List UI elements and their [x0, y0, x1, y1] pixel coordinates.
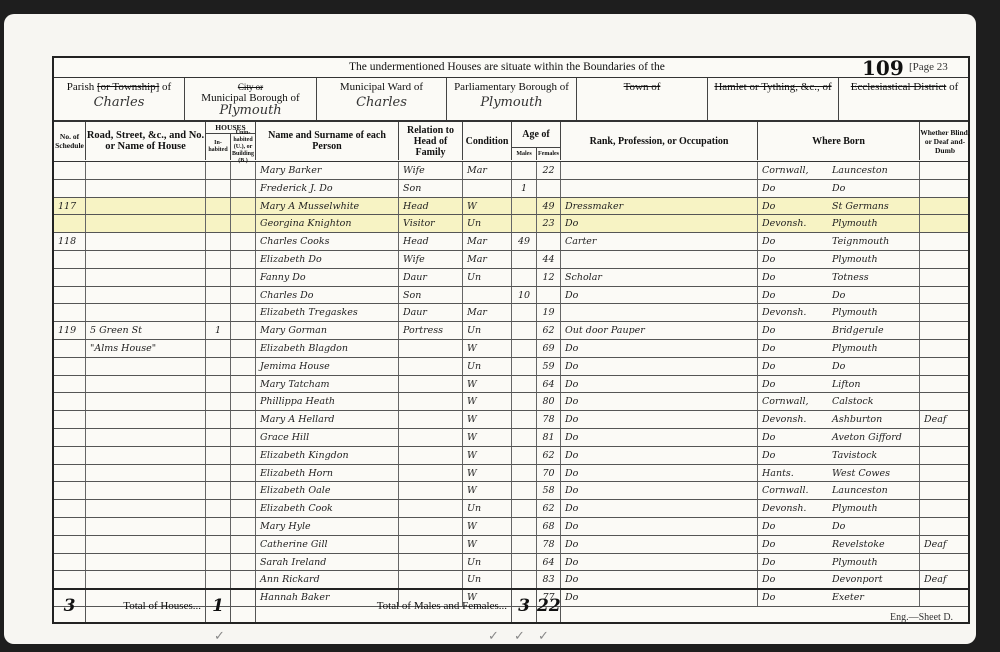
cell-occupation: Do	[561, 571, 758, 588]
cell-born-county: Do	[758, 447, 828, 464]
cell-born-place: Teignmouth	[828, 233, 920, 250]
col-age: Age of	[512, 122, 561, 148]
cell-relation	[399, 340, 463, 357]
cell-occupation: Do	[561, 482, 758, 499]
boundary-label-struck: [or Township]	[97, 81, 159, 93]
cell-born-county: Cornwall,	[758, 162, 828, 179]
cell-street	[86, 162, 206, 179]
cell-age-male	[512, 251, 537, 268]
cell-uninhabited	[231, 198, 256, 215]
cell-born-county: Do	[758, 429, 828, 446]
cell-occupation: Do	[561, 429, 758, 446]
cell-schedule	[54, 251, 86, 268]
cell-uninhabited	[231, 162, 256, 179]
boundary-hamlet: Hamlet or Tything, &c., of	[708, 78, 839, 120]
cell-occupation: Do	[561, 536, 758, 553]
cell-condition: Mar	[463, 233, 512, 250]
cell-born-county: Do	[758, 198, 828, 215]
cell-disability	[920, 554, 970, 571]
cell-schedule	[54, 536, 86, 553]
cell-disability	[920, 500, 970, 517]
cell-condition: W	[463, 393, 512, 410]
cell-occupation: Carter	[561, 233, 758, 250]
cell-name: Jemima House	[256, 358, 399, 375]
cell-uninhabited	[231, 287, 256, 304]
cell-street	[86, 518, 206, 535]
cell-age-male	[512, 536, 537, 553]
total-houses-label: Total of Houses...	[86, 590, 206, 622]
col-age-females: Females	[537, 148, 561, 160]
cell-street	[86, 482, 206, 499]
cell-relation	[399, 447, 463, 464]
cell-inhabited	[206, 180, 231, 197]
total-females: 22	[537, 590, 561, 622]
cell-age-female: 62	[537, 322, 561, 339]
cell-uninhabited	[231, 269, 256, 286]
cell-disability	[920, 251, 970, 268]
cell-born-place: Bridgerule	[828, 322, 920, 339]
cell-inhabited	[206, 429, 231, 446]
cell-born-county: Do	[758, 536, 828, 553]
cell-condition	[463, 287, 512, 304]
cell-inhabited	[206, 482, 231, 499]
cell-street	[86, 215, 206, 232]
cell-occupation: Do	[561, 358, 758, 375]
cell-relation	[399, 429, 463, 446]
cell-age-male	[512, 500, 537, 517]
cell-condition: Un	[463, 500, 512, 517]
cell-born-county: Cornwall,	[758, 393, 828, 410]
table-row: Ann RickardUn83DoDoDevonportDeaf	[54, 571, 968, 589]
cell-age-male	[512, 340, 537, 357]
cell-name: Elizabeth Oale	[256, 482, 399, 499]
cell-disability	[920, 482, 970, 499]
cell-disability	[920, 393, 970, 410]
cell-born-place: St Germans	[828, 198, 920, 215]
table-row: Elizabeth DoWifeMar44DoPlymouth	[54, 251, 968, 269]
page-number: [Page 23	[909, 61, 948, 73]
boundary-town: Town of	[577, 78, 708, 120]
cell-born-place: Ashburton	[828, 411, 920, 428]
cell-occupation: Do	[561, 518, 758, 535]
cell-age-female	[537, 233, 561, 250]
cell-name: Sarah Ireland	[256, 554, 399, 571]
cell-relation	[399, 482, 463, 499]
cell-uninhabited	[231, 571, 256, 588]
cell-age-female: 64	[537, 554, 561, 571]
cell-born-place: Do	[828, 287, 920, 304]
cell-schedule	[54, 162, 86, 179]
cell-born-county: Do	[758, 340, 828, 357]
cell-born-county: Devonsh.	[758, 411, 828, 428]
check-mark: ✓	[514, 628, 525, 644]
cell-uninhabited	[231, 233, 256, 250]
boundary-parish: Parish [or Township] of Charles	[54, 78, 185, 120]
cell-relation	[399, 500, 463, 517]
col-name: Name and Surname of each Person	[256, 122, 399, 160]
cell-age-male	[512, 376, 537, 393]
cell-condition: Un	[463, 571, 512, 588]
cell-born-place: Plymouth	[828, 304, 920, 321]
cell-inhabited	[206, 465, 231, 482]
cell-schedule: 117	[54, 198, 86, 215]
cell-age-female: 68	[537, 518, 561, 535]
cell-uninhabited	[231, 518, 256, 535]
col-where-born: Where Born	[758, 122, 920, 160]
cell-relation: Visitor	[399, 215, 463, 232]
table-row: Grace HillW81DoDoAveton Gifford	[54, 429, 968, 447]
cell-disability	[920, 215, 970, 232]
cell-disability	[920, 162, 970, 179]
cell-born-place: Devonport	[828, 571, 920, 588]
totals-row: 3 Total of Houses... 1 Total of Males an…	[54, 588, 968, 622]
cell-age-male	[512, 554, 537, 571]
check-mark: ✓	[538, 628, 549, 644]
col-schedule: No. of Schedule	[54, 122, 86, 160]
col-disability: Whether Blind, or Deaf and-Dumb	[920, 122, 970, 160]
cell-uninhabited	[231, 536, 256, 553]
cell-disability	[920, 304, 970, 321]
cell-street	[86, 251, 206, 268]
cell-age-male	[512, 518, 537, 535]
cell-name: Mary A Hellard	[256, 411, 399, 428]
cell-name: Mary A Musselwhite	[256, 198, 399, 215]
cell-schedule	[54, 571, 86, 588]
cell-condition: W	[463, 447, 512, 464]
col-uninhabited: Unin-habited (U.), or Building (B.)	[231, 134, 256, 160]
cell-disability	[920, 287, 970, 304]
table-row: Charles DoSon10DoDoDo	[54, 287, 968, 305]
cell-uninhabited	[231, 215, 256, 232]
cell-relation	[399, 465, 463, 482]
cell-condition: W	[463, 340, 512, 357]
total-uninhabited	[231, 590, 256, 622]
cell-age-female: 83	[537, 571, 561, 588]
col-occupation: Rank, Profession, or Occupation	[561, 122, 758, 160]
cell-occupation: Scholar	[561, 269, 758, 286]
cell-disability	[920, 322, 970, 339]
cell-age-female: 22	[537, 162, 561, 179]
cell-age-male	[512, 447, 537, 464]
cell-relation	[399, 554, 463, 571]
cell-age-male: 10	[512, 287, 537, 304]
cell-inhabited	[206, 304, 231, 321]
cell-street	[86, 411, 206, 428]
table-row: Catherine GillW78DoDoRevelstokeDeaf	[54, 536, 968, 554]
cell-born-county: Do	[758, 322, 828, 339]
cell-name: Charles Do	[256, 287, 399, 304]
cell-condition: Un	[463, 322, 512, 339]
cell-street: "Alms House"	[86, 340, 206, 357]
cell-age-male	[512, 198, 537, 215]
column-header-row: No. of Schedule Road, Street, &c., and N…	[54, 122, 968, 162]
cell-relation	[399, 518, 463, 535]
table-row: Mary A HellardW78DoDevonsh.AshburtonDeaf	[54, 411, 968, 429]
cell-street	[86, 465, 206, 482]
cell-relation	[399, 411, 463, 428]
table-row: "Alms House"Elizabeth BlagdonW69DoDoPlym…	[54, 340, 968, 358]
cell-schedule	[54, 376, 86, 393]
cell-uninhabited	[231, 322, 256, 339]
cell-schedule	[54, 411, 86, 428]
cell-born-place: Plymouth	[828, 340, 920, 357]
cell-disability	[920, 233, 970, 250]
cell-inhabited	[206, 215, 231, 232]
cell-age-female: 44	[537, 251, 561, 268]
boundary-row: Parish [or Township] of Charles City orM…	[54, 78, 968, 122]
cell-disability	[920, 447, 970, 464]
boundary-label-suffix: of	[946, 81, 958, 93]
boundary-ecclesiastical-district: Ecclesiastical District of	[839, 78, 970, 120]
cell-condition: W	[463, 518, 512, 535]
cell-age-female: 23	[537, 215, 561, 232]
cell-street	[86, 198, 206, 215]
col-street: Road, Street, &c., and No. or Name of Ho…	[86, 122, 206, 160]
cell-schedule	[54, 465, 86, 482]
cell-inhabited	[206, 287, 231, 304]
cell-name: Fanny Do	[256, 269, 399, 286]
cell-born-place: Plymouth	[828, 500, 920, 517]
cell-born-county: Do	[758, 251, 828, 268]
table-row: Elizabeth CookUn62DoDevonsh.Plymouth	[54, 500, 968, 518]
table-row: Phillippa HeathW80DoCornwall,Calstock	[54, 393, 968, 411]
cell-condition: W	[463, 198, 512, 215]
cell-schedule: 118	[54, 233, 86, 250]
cell-occupation: Do	[561, 393, 758, 410]
cell-relation	[399, 536, 463, 553]
cell-name: Georgina Knighton	[256, 215, 399, 232]
cell-name: Charles Cooks	[256, 233, 399, 250]
boundary-municipal-borough: City orMunicipal Borough of Plymouth	[185, 78, 317, 120]
cell-born-county: Hants.	[758, 465, 828, 482]
table-row: Frederick J. DoSon1DoDo	[54, 180, 968, 198]
cell-disability	[920, 465, 970, 482]
cell-inhabited	[206, 162, 231, 179]
cell-relation: Daur	[399, 269, 463, 286]
cell-schedule	[54, 340, 86, 357]
cell-street	[86, 393, 206, 410]
table-row: 118Charles CooksHeadMar49CarterDoTeignmo…	[54, 233, 968, 251]
cell-schedule	[54, 447, 86, 464]
cell-relation	[399, 393, 463, 410]
boundary-label-struck: Hamlet or Tything, &c., of	[708, 78, 838, 93]
table-row: Elizabeth KingdonW62DoDoTavistock	[54, 447, 968, 465]
boundary-label: Municipal Ward of	[317, 78, 446, 93]
cell-occupation: Do	[561, 447, 758, 464]
boundary-value: Charles	[54, 95, 184, 110]
cell-schedule	[54, 393, 86, 410]
cell-age-female: 81	[537, 429, 561, 446]
sheet-label: Eng.—Sheet D.	[890, 612, 953, 623]
table-row: Mary BarkerWifeMar22Cornwall,Launceston	[54, 162, 968, 180]
cell-name: Phillippa Heath	[256, 393, 399, 410]
cell-inhabited	[206, 233, 231, 250]
cell-condition: Un	[463, 269, 512, 286]
cell-disability	[920, 518, 970, 535]
cell-age-male	[512, 269, 537, 286]
census-page: The undermentioned Houses are situate wi…	[4, 14, 976, 644]
cell-born-place: Launceston	[828, 482, 920, 499]
cell-relation: Wife	[399, 251, 463, 268]
cell-born-county: Do	[758, 269, 828, 286]
cell-schedule	[54, 287, 86, 304]
cell-uninhabited	[231, 482, 256, 499]
cell-street: 5 Green St	[86, 322, 206, 339]
cell-street	[86, 571, 206, 588]
cell-schedule	[54, 518, 86, 535]
col-relation: Relation to Head of Family	[399, 122, 463, 160]
cell-inhabited: 1	[206, 322, 231, 339]
cell-name: Frederick J. Do	[256, 180, 399, 197]
cell-age-female: 78	[537, 411, 561, 428]
boundary-label: Parliamentary Borough of	[447, 78, 576, 93]
cell-age-female: 70	[537, 465, 561, 482]
cell-disability	[920, 358, 970, 375]
table-row: 1195 Green St1Mary GormanPortressUn62Out…	[54, 322, 968, 340]
cell-born-county: Do	[758, 571, 828, 588]
cell-age-female: 62	[537, 500, 561, 517]
table-row: Mary TatchamW64DoDoLifton	[54, 376, 968, 394]
boundary-label-struck: Town of	[577, 78, 707, 93]
cell-street	[86, 358, 206, 375]
cell-uninhabited	[231, 554, 256, 571]
cell-street	[86, 447, 206, 464]
cell-name: Mary Hyle	[256, 518, 399, 535]
cell-inhabited	[206, 411, 231, 428]
cell-occupation: Do	[561, 215, 758, 232]
cell-inhabited	[206, 500, 231, 517]
cell-born-place: Lifton	[828, 376, 920, 393]
col-condition: Condition	[463, 122, 512, 160]
cell-condition: Un	[463, 358, 512, 375]
cell-occupation: Do	[561, 376, 758, 393]
cell-inhabited	[206, 571, 231, 588]
cell-street	[86, 287, 206, 304]
folio-number: 109	[862, 56, 904, 80]
cell-age-female: 78	[537, 536, 561, 553]
cell-relation	[399, 571, 463, 588]
table-row: Elizabeth OaleW58DoCornwall.Launceston	[54, 482, 968, 500]
table-row: Jemima HouseUn59DoDoDo	[54, 358, 968, 376]
cell-street	[86, 376, 206, 393]
cell-inhabited	[206, 393, 231, 410]
cell-schedule	[54, 358, 86, 375]
cell-name: Elizabeth Blagdon	[256, 340, 399, 357]
cell-uninhabited	[231, 304, 256, 321]
cell-street	[86, 500, 206, 517]
cell-born-county: Do	[758, 518, 828, 535]
cell-born-county: Cornwall.	[758, 482, 828, 499]
check-mark: ✓	[488, 628, 499, 644]
cell-age-male	[512, 465, 537, 482]
col-age-males: Males	[512, 148, 537, 160]
total-schedules: 3	[54, 590, 86, 622]
table-row: Fanny DoDaurUn12ScholarDoTotness	[54, 269, 968, 287]
table-row: Sarah IrelandUn64DoDoPlymouth	[54, 554, 968, 572]
cell-age-male	[512, 162, 537, 179]
cell-condition: Un	[463, 215, 512, 232]
boundary-label-struck: City or	[238, 82, 263, 92]
cell-born-place: Do	[828, 180, 920, 197]
cell-uninhabited	[231, 447, 256, 464]
cell-condition: W	[463, 465, 512, 482]
cell-name: Elizabeth Do	[256, 251, 399, 268]
cell-age-female: 59	[537, 358, 561, 375]
cell-born-county: Do	[758, 554, 828, 571]
cell-born-county: Do	[758, 180, 828, 197]
cell-age-female: 69	[537, 340, 561, 357]
boundary-municipal-ward: Municipal Ward of Charles	[317, 78, 447, 120]
cell-condition: Mar	[463, 304, 512, 321]
cell-schedule	[54, 429, 86, 446]
cell-relation	[399, 376, 463, 393]
cell-occupation: Out door Pauper	[561, 322, 758, 339]
boundary-value: Plymouth	[447, 95, 576, 110]
cell-name: Mary Gorman	[256, 322, 399, 339]
check-mark: ✓	[214, 628, 225, 644]
cell-disability	[920, 198, 970, 215]
cell-condition: W	[463, 482, 512, 499]
cell-age-female: 12	[537, 269, 561, 286]
cell-name: Grace Hill	[256, 429, 399, 446]
table-row: Georgina KnightonVisitorUn23DoDevonsh.Pl…	[54, 215, 968, 233]
cell-age-male	[512, 358, 537, 375]
cell-age-male: 49	[512, 233, 537, 250]
cell-relation: Head	[399, 233, 463, 250]
cell-born-county: Devonsh.	[758, 500, 828, 517]
cell-uninhabited	[231, 180, 256, 197]
cell-condition: W	[463, 411, 512, 428]
cell-born-place: West Cowes	[828, 465, 920, 482]
cell-uninhabited	[231, 429, 256, 446]
cell-age-male	[512, 482, 537, 499]
cell-uninhabited	[231, 393, 256, 410]
cell-born-place: Plymouth	[828, 215, 920, 232]
cell-schedule: 119	[54, 322, 86, 339]
cell-condition: W	[463, 376, 512, 393]
cell-inhabited	[206, 518, 231, 535]
boundary-parliamentary-borough: Parliamentary Borough of Plymouth	[447, 78, 577, 120]
cell-born-place: Launceston	[828, 162, 920, 179]
cell-inhabited	[206, 554, 231, 571]
cell-disability	[920, 429, 970, 446]
cell-age-male	[512, 571, 537, 588]
cell-born-place: Plymouth	[828, 251, 920, 268]
cell-age-female: 64	[537, 376, 561, 393]
cell-uninhabited	[231, 500, 256, 517]
cell-name: Elizabeth Kingdon	[256, 447, 399, 464]
cell-relation: Portress	[399, 322, 463, 339]
total-houses: 1	[206, 590, 231, 622]
cell-born-county: Devonsh.	[758, 304, 828, 321]
cell-inhabited	[206, 269, 231, 286]
census-sheet: The undermentioned Houses are situate wi…	[52, 56, 970, 624]
cell-inhabited	[206, 198, 231, 215]
cell-age-male	[512, 322, 537, 339]
cell-relation: Daur	[399, 304, 463, 321]
cell-born-county: Devonsh.	[758, 215, 828, 232]
cell-born-place: Tavistock	[828, 447, 920, 464]
boundary-value: Plymouth	[185, 103, 316, 118]
cell-uninhabited	[231, 376, 256, 393]
cell-street	[86, 429, 206, 446]
cell-schedule	[54, 482, 86, 499]
cell-uninhabited	[231, 465, 256, 482]
cell-age-female: 58	[537, 482, 561, 499]
table-row: Elizabeth HornW70DoHants.West Cowes	[54, 465, 968, 483]
cell-uninhabited	[231, 411, 256, 428]
cell-uninhabited	[231, 251, 256, 268]
